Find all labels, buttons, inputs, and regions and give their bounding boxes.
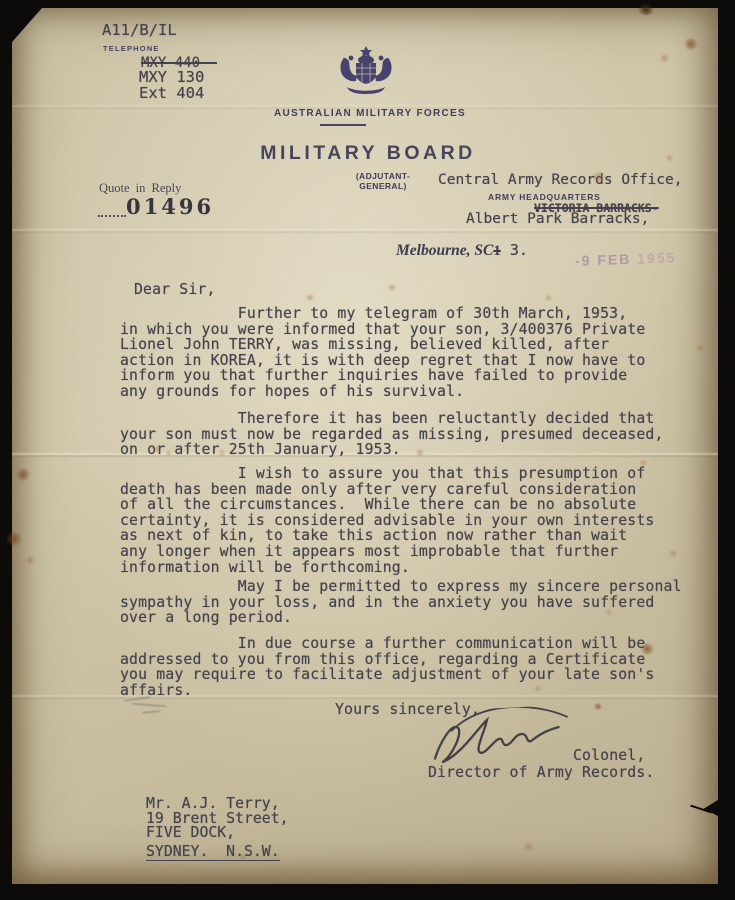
- torn-corner: [12, 8, 42, 42]
- stain-spot: [697, 345, 704, 351]
- stain-spot: [6, 532, 22, 546]
- stain-spot: [16, 468, 30, 481]
- letter-paper: A11/B/IL TELEPHONE MXY 440 - MXY 130 Ext…: [12, 8, 718, 884]
- file-reference: A11/B/IL: [102, 21, 177, 39]
- edge-tear-crack: [690, 805, 712, 814]
- recipient-city-state: SYDNEY. N.S.W.: [146, 845, 280, 862]
- barracks-line: Albert Park Barracks,: [466, 211, 649, 227]
- salutation: Dear Sir,: [134, 282, 216, 298]
- title-subtext: (ADJUTANT-GENERAL): [333, 171, 433, 191]
- org-name: AUSTRALIAN MILITARY FORCES: [270, 108, 470, 119]
- city-printed: Melbourne, SC: [396, 242, 493, 259]
- paragraph-5: In due course a further communication wi…: [120, 636, 654, 698]
- stain-spot: [545, 295, 552, 301]
- stain-spot: [666, 155, 673, 161]
- pencil-mark: [142, 710, 160, 714]
- date-stamp-year: 1955: [637, 249, 677, 266]
- paragraph-4: May I be permitted to express my sincere…: [120, 579, 682, 626]
- page-title: MILITARY BOARD: [238, 142, 498, 165]
- date-stamp-day: -9 FEB: [575, 251, 632, 269]
- reference-number-stamp: 01496: [126, 194, 214, 219]
- org-underline: [320, 124, 366, 126]
- received-date-stamp: -9 FEB 1955: [575, 249, 677, 269]
- fold-crease: [12, 228, 718, 234]
- stain-spot: [594, 703, 602, 710]
- handwritten-signature-icon: [425, 704, 583, 772]
- paragraph-3: I wish to assure you that this presumpti…: [120, 466, 654, 575]
- signatory-rank: Colonel,: [573, 748, 645, 764]
- recipient-address: Mr. A.J. Terry, 19 Brent Street, FIVE DO…: [146, 797, 289, 861]
- stain-spot: [660, 54, 669, 62]
- city-typed-digit: 3.: [501, 241, 528, 259]
- australian-coat-of-arms-icon: [333, 46, 399, 98]
- office-name: Central Army Records Office,: [438, 172, 682, 188]
- stain-spot: [26, 556, 34, 564]
- quote-dotted-line: [98, 214, 126, 217]
- stain-spot: [388, 284, 396, 291]
- stain-spot: [638, 4, 654, 15]
- city-struck-digit: 1: [493, 243, 501, 259]
- stain-spot: [669, 550, 677, 557]
- edge-tear: [702, 800, 718, 816]
- stain-spot: [684, 38, 698, 50]
- stain-spot: [306, 294, 314, 301]
- signatory-title: Director of Army Records.: [428, 765, 654, 781]
- pencil-mark: [132, 703, 166, 707]
- telephone-label: TELEPHONE: [103, 44, 160, 53]
- paragraph-2: Therefore it has been reluctantly decide…: [120, 411, 664, 458]
- scanned-letter-page: A11/B/IL TELEPHONE MXY 440 - MXY 130 Ext…: [0, 0, 735, 900]
- paragraph-1: Further to my telegram of 30th March, 19…: [120, 306, 645, 400]
- phone-extension: Ext 404: [139, 84, 204, 102]
- city-line: Melbourne, SC1 3.: [396, 240, 528, 260]
- stain-spot: [524, 843, 533, 851]
- recipient-suburb: FIVE DOCK,: [146, 826, 289, 841]
